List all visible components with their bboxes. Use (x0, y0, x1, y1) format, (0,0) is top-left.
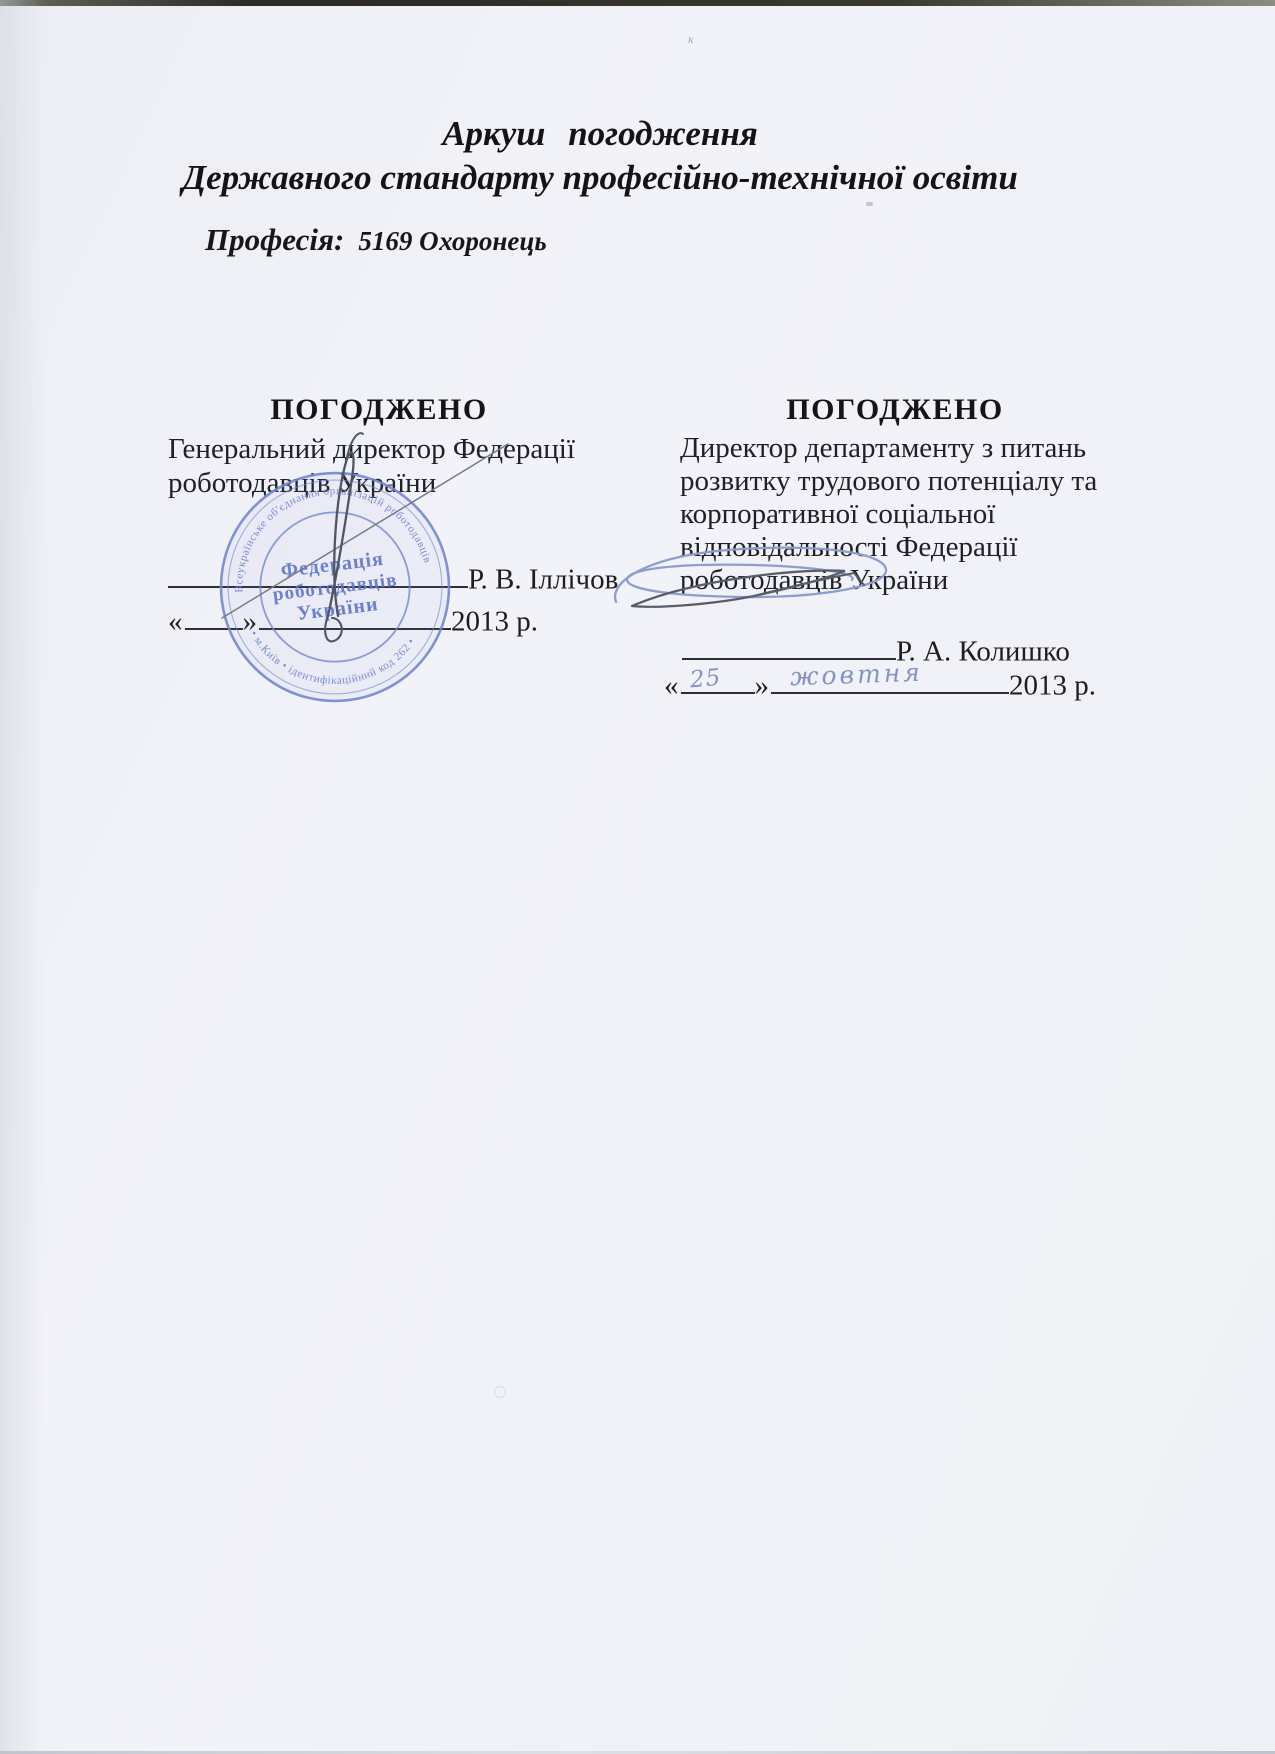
profession-value: 5169 Охоронець (358, 226, 546, 256)
handwritten-month: жовтня (790, 658, 924, 692)
scanned-approval-sheet: ĸ Аркуш погодження Державного стандарту … (0, 0, 1275, 1754)
signature-blank-line (682, 628, 896, 660)
approval-heading: ПОГОДЖЕНО (680, 392, 1110, 428)
close-quote: » (755, 669, 772, 701)
signer-position-line: Директор департаменту з питань (680, 432, 1110, 465)
title-line-2: Державного стандарту професійно-технічно… (0, 156, 1200, 200)
scan-speck (866, 202, 873, 206)
signer-position-line: корпоративної соціальної (680, 498, 1110, 531)
scan-shadow-left (0, 0, 46, 1754)
year-text: 2013 р. (1009, 669, 1096, 701)
document-title: Аркуш погодження Державного стандарту пр… (0, 112, 1200, 200)
pen-signature-right (602, 540, 922, 630)
handwritten-day: 25 (689, 665, 722, 694)
scan-speck: ĸ (687, 32, 696, 48)
open-quote: « (664, 669, 681, 701)
profession-line: Професія: 5169 Охоронець (205, 222, 547, 258)
profession-label: Професія: (205, 222, 344, 257)
title-line-1: Аркуш погодження (0, 112, 1200, 156)
scan-edge-top (0, 0, 1275, 6)
signer-position-line: розвитку трудового потенціалу та (680, 465, 1110, 498)
pen-signature-left (180, 420, 520, 660)
scan-speck (494, 1386, 506, 1398)
